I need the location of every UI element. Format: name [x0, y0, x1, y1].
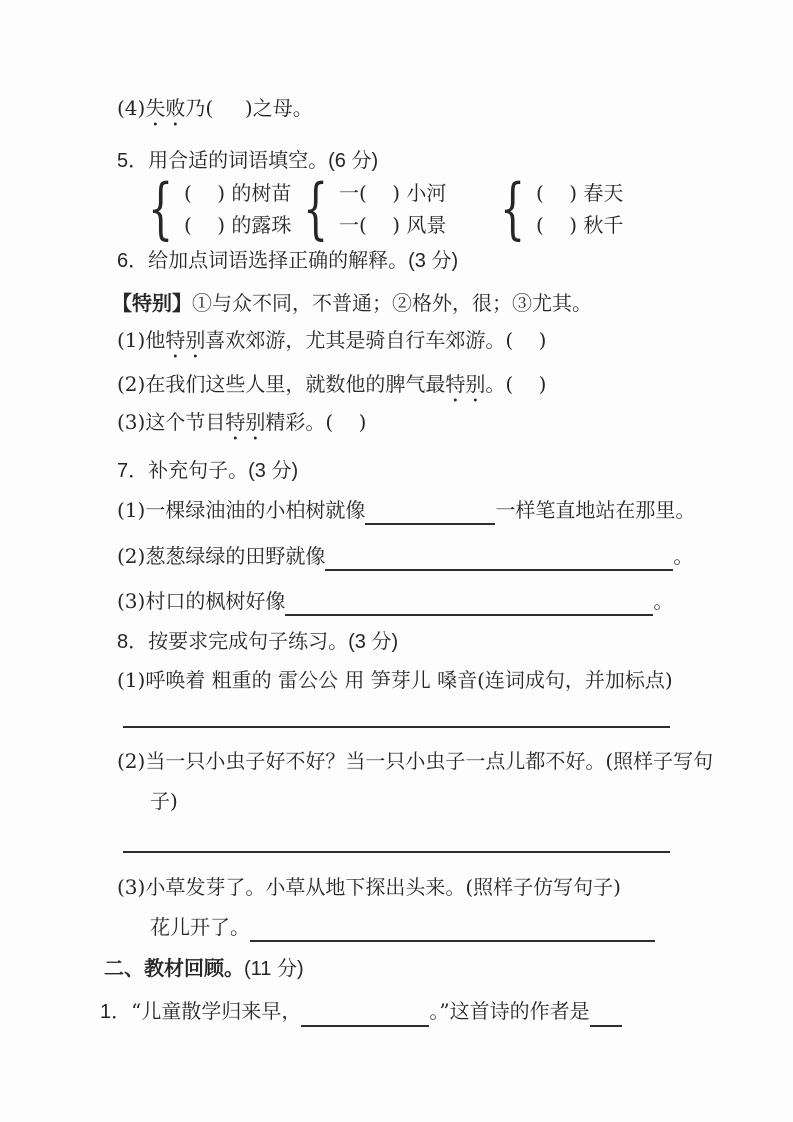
item-text: 。: [673, 544, 693, 568]
question-points: (3 分): [248, 460, 298, 482]
question-7-item-1: (1)一棵绿油油的小柏树就像一样笔直地站在那里。: [117, 495, 695, 525]
answer-blank: [365, 497, 495, 525]
fill-in-row: ( ) 秋千: [536, 209, 623, 241]
item-text: (1)一棵绿油油的小柏树就像: [117, 498, 365, 522]
item-text: 精彩。( ): [265, 410, 366, 434]
answer-blank: [301, 999, 429, 1027]
fill-in-group-3: { ( ) 春天 ( ) 秋千: [500, 176, 623, 242]
item-text: (3)村口的枫树好像: [117, 589, 285, 613]
item-text: (2)葱葱绿绿的田野就像: [117, 544, 325, 568]
emphasized-word: 特别: [165, 328, 205, 352]
item-text: “儿童散学归来早，: [131, 999, 301, 1023]
definition-term: 【特别】: [112, 293, 192, 315]
answer-line: [123, 726, 670, 728]
item-text: 一样笔直地站在那里。: [495, 498, 695, 522]
item-prefix: (4): [117, 96, 145, 120]
fill-in-row: ( ) 的露珠: [184, 209, 291, 241]
item-text: (3)这个节目: [117, 410, 225, 434]
emphasized-word: 失败: [145, 96, 185, 120]
question-title: 按要求完成句子练习。: [148, 629, 348, 653]
left-brace: {: [303, 176, 328, 242]
question-6-item-3: (3)这个节目特别精彩。( ): [117, 407, 366, 445]
section-points: (11 分): [244, 958, 304, 980]
question-title: 给加点词语选择正确的解释。: [148, 248, 408, 272]
question-7-item-2: (2)葱葱绿绿的田野就像。: [117, 541, 693, 571]
emphasized-word: 特别: [225, 410, 265, 434]
question-number: 8．: [117, 631, 148, 653]
emphasized-word: 特别: [445, 372, 485, 396]
question-6-item-2: (2)在我们这些人里，就数他的脾气最特别。( ): [117, 369, 546, 407]
item-text: (1)他: [117, 328, 165, 352]
question-8-item-2-line-2: 子): [150, 786, 178, 816]
question-8-item-2-line-1: (2)当一只小虫子好不好？当一只小虫子一点儿都不好。(照样子写句: [117, 746, 713, 776]
fill-in-row: ( ) 春天: [536, 177, 623, 209]
left-brace: {: [148, 176, 173, 242]
item-text: 喜欢郊游，尤其是骑自行车郊游。( ): [205, 328, 546, 352]
definition-body: ①与众不同，不普通；②格外，很；③尤其。: [192, 291, 592, 315]
fill-in-row: 一( ) 小河: [339, 177, 446, 209]
item-text: 乃( )之母。: [185, 96, 312, 120]
fill-in-group-1: { ( ) 的树苗 ( ) 的露珠: [148, 176, 291, 242]
answer-blank: [250, 914, 655, 942]
section-title: 二、教材回顾。: [104, 958, 244, 980]
left-brace: {: [500, 176, 525, 242]
section-2-item-1: 1．“儿童散学归来早，。”这首诗的作者是: [100, 996, 622, 1027]
definition-line: 【特别】①与众不同，不普通；②格外，很；③尤其。: [112, 288, 592, 319]
answer-blank: [285, 588, 653, 616]
answer-line: [123, 851, 670, 853]
question-number: 7．: [117, 460, 148, 482]
question-title: 补充句子。: [148, 458, 248, 482]
question-8-item-1: (1)呼唤着 粗重的 雷公公 用 笋芽儿 嗓音(连词成句，并加标点): [117, 665, 673, 695]
question-points: (6 分): [328, 150, 378, 172]
question-number: 6．: [117, 250, 148, 272]
item-text: 。: [653, 589, 673, 613]
question-title: 用合适的词语填空。: [148, 148, 328, 172]
answer-blank: [590, 999, 622, 1027]
question-8-header: 8．按要求完成句子练习。(3 分): [117, 626, 398, 657]
question-8-item-3: (3)小草发芽了。小草从地下探出头来。(照样子仿写句子): [117, 872, 621, 902]
question-6-header: 6．给加点词语选择正确的解释。(3 分): [117, 245, 458, 276]
section-2-header: 二、教材回顾。(11 分): [104, 953, 304, 984]
question-number: 5．: [117, 150, 148, 172]
fill-in-row: ( ) 的树苗: [184, 177, 291, 209]
question-7-item-3: (3)村口的枫树好像。: [117, 586, 673, 616]
question-points: (3 分): [348, 631, 398, 653]
fill-in-group-2: { 一( ) 小河 一( ) 风景: [303, 176, 446, 242]
item-text: 。”这首诗的作者是: [429, 999, 589, 1023]
worksheet-page: (4)失败乃( )之母。 5．用合适的词语填空。(6 分) { ( ) 的树苗 …: [0, 0, 793, 1122]
question-4-item: (4)失败乃( )之母。: [117, 93, 313, 131]
item-text: 花儿开了。: [150, 915, 250, 939]
item-number: 1．: [100, 1001, 131, 1023]
question-6-item-1: (1)他特别喜欢郊游，尤其是骑自行车郊游。( ): [117, 325, 546, 363]
question-8-item-3-answer: 花儿开了。: [150, 912, 655, 942]
item-text: (2)在我们这些人里，就数他的脾气最: [117, 372, 445, 396]
fill-in-row: 一( ) 风景: [339, 209, 446, 241]
item-text: 。( ): [485, 372, 546, 396]
question-7-header: 7．补充句子。(3 分): [117, 455, 298, 486]
question-points: (3 分): [408, 250, 458, 272]
answer-blank: [325, 543, 673, 571]
